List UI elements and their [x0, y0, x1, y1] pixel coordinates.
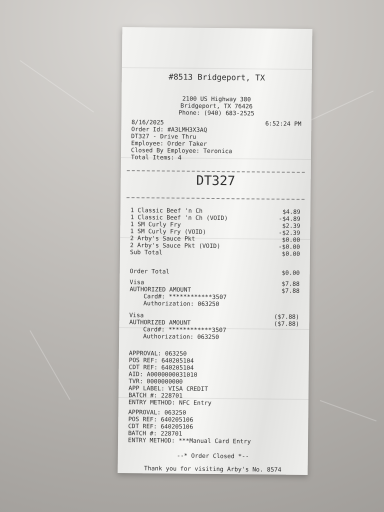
- marble-vein: [320, 400, 377, 421]
- order-total-label: Order Total: [130, 268, 170, 275]
- totals: Sub Total$0.00 Order Total$0.00: [130, 249, 300, 277]
- receipt: #8513 Bridgeport, TX 2100 US Highway 380…: [118, 27, 313, 475]
- order-tag: DT327: [121, 177, 311, 186]
- order-time: 6:52:24 PM: [265, 121, 301, 128]
- thank-you-text: Thank you for visiting Arby's No. 8574: [118, 465, 308, 474]
- order-meta: 8/16/2025 6:52:24 PM Order Id: #A3LMH3X3…: [131, 119, 301, 163]
- order-closed-text: --* Order Closed *--: [118, 452, 308, 461]
- order-total-value: $0.00: [282, 270, 300, 277]
- subtotal-value: $0.00: [282, 251, 300, 258]
- payment-block: Visa($7.88) AUTHORIZED AMOUNT($7.88) Car…: [129, 312, 299, 342]
- store-address: 2100 US Highway 380 Bridgeport, TX 76426…: [121, 95, 311, 118]
- divider: [127, 170, 305, 173]
- emv-details: APPROVAL: 063250 POS REF: 640205104 CDT …: [128, 350, 299, 408]
- divider: [127, 197, 305, 200]
- marble-vein: [30, 330, 71, 400]
- item-list: 1 Classic Beef 'n Ch$4.89 1 Classic Beef…: [130, 207, 300, 251]
- marble-vein: [20, 60, 94, 112]
- marble-vein: [310, 90, 374, 120]
- subtotal-label: Sub Total: [130, 249, 163, 256]
- payment-block: Visa$7.88 AUTHORIZED AMOUNT$7.88 Card#: …: [129, 279, 299, 309]
- store-title: #8513 Bridgeport, TX: [122, 73, 312, 82]
- emv-details: APPROVAL: 063250 POS REF: 640205106 CDT …: [128, 409, 298, 446]
- total-items: Total Items: 4: [131, 154, 301, 163]
